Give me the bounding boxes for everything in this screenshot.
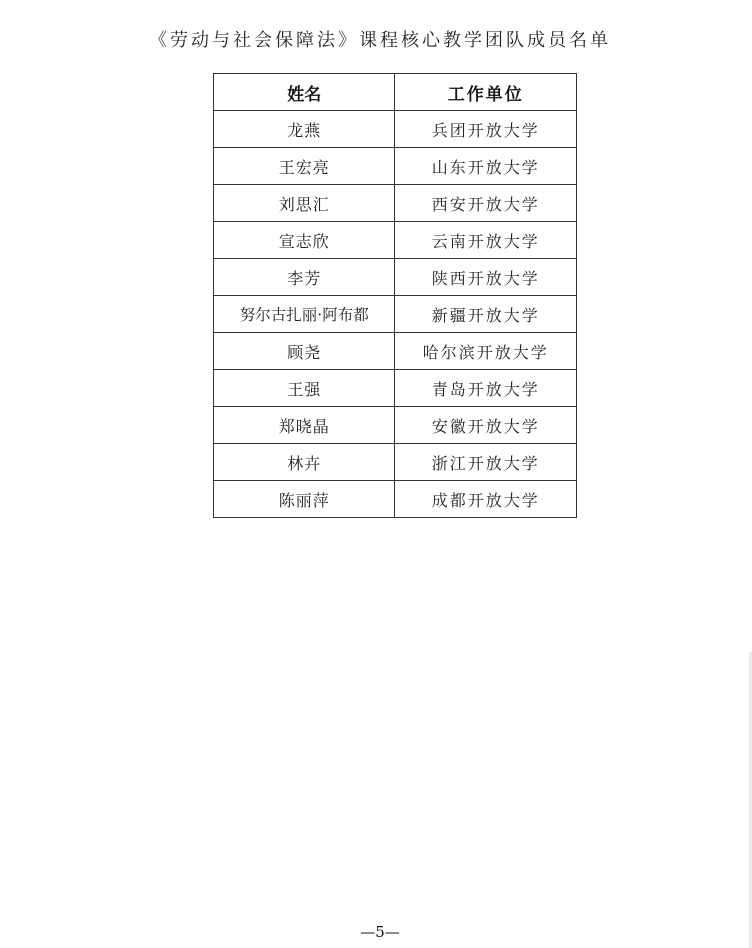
member-unit: 青岛开放大学: [395, 370, 577, 407]
member-name: 李芳: [214, 259, 395, 296]
page-number: —5—: [0, 923, 752, 941]
table-row: 陈丽萍 成都开放大学: [214, 481, 577, 518]
table-row: 林卉 浙江开放大学: [214, 444, 577, 481]
member-name: 龙燕: [214, 111, 395, 148]
table-header-row: 姓名 工作单位: [214, 74, 577, 111]
table-row: 刘思汇 西安开放大学: [214, 185, 577, 222]
member-unit: 云南开放大学: [395, 222, 577, 259]
member-name: 刘思汇: [214, 185, 395, 222]
table-row: 郑晓晶 安徽开放大学: [214, 407, 577, 444]
table-row: 龙燕 兵团开放大学: [214, 111, 577, 148]
member-table: 姓名 工作单位 龙燕 兵团开放大学 王宏亮 山东开放大学 刘思汇 西安开放大学 …: [213, 73, 577, 518]
member-name: 顾尧: [214, 333, 395, 370]
header-name: 姓名: [214, 74, 395, 111]
member-unit: 山东开放大学: [395, 148, 577, 185]
table-row: 宣志欣 云南开放大学: [214, 222, 577, 259]
member-unit: 哈尔滨开放大学: [395, 333, 577, 370]
member-unit: 兵团开放大学: [395, 111, 577, 148]
table-row: 顾尧 哈尔滨开放大学: [214, 333, 577, 370]
member-unit: 西安开放大学: [395, 185, 577, 222]
member-name: 陈丽萍: [214, 481, 395, 518]
header-unit: 工作单位: [395, 74, 577, 111]
document-title: 《劳动与社会保障法》课程核心教学团队成员名单: [0, 26, 752, 52]
member-unit: 新疆开放大学: [395, 296, 577, 333]
table-row: 王宏亮 山东开放大学: [214, 148, 577, 185]
member-name: 努尔古扎丽·阿布都: [214, 296, 395, 333]
member-name: 林卉: [214, 444, 395, 481]
member-unit: 成都开放大学: [395, 481, 577, 518]
member-name: 宣志欣: [214, 222, 395, 259]
table-row: 王强 青岛开放大学: [214, 370, 577, 407]
table-row: 努尔古扎丽·阿布都 新疆开放大学: [214, 296, 577, 333]
member-unit: 陕西开放大学: [395, 259, 577, 296]
member-name: 郑晓晶: [214, 407, 395, 444]
member-unit: 浙江开放大学: [395, 444, 577, 481]
member-unit: 安徽开放大学: [395, 407, 577, 444]
member-name: 王宏亮: [214, 148, 395, 185]
table-row: 李芳 陕西开放大学: [214, 259, 577, 296]
member-name: 王强: [214, 370, 395, 407]
